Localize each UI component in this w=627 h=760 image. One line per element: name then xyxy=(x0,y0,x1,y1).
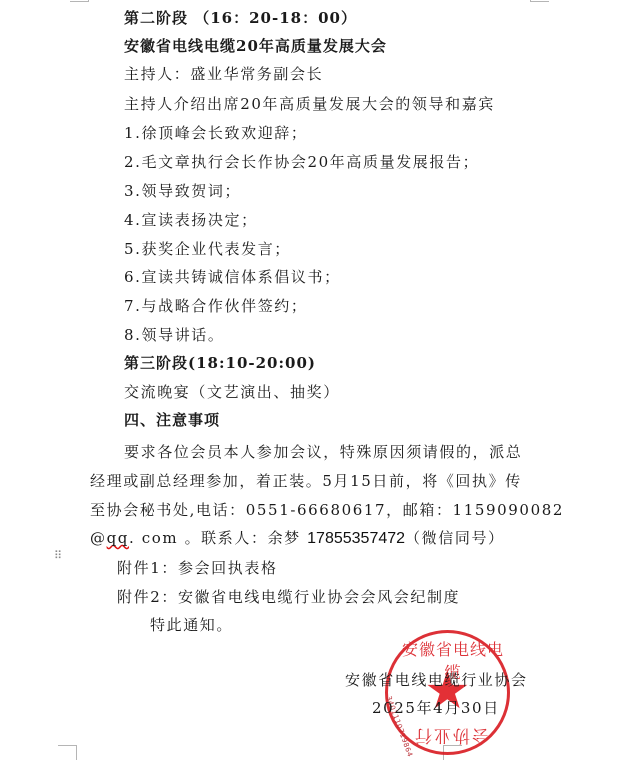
agenda-item: 2.毛文章执行会长作协会20年高质量发展报告； xyxy=(124,152,479,172)
stage3-heading: 第三阶段(18:10-20:00) xyxy=(124,353,316,373)
host-line: 主持人：盛业华常务副会长 xyxy=(124,64,323,84)
notes-line-contact: @qq. com 。联系人：余梦 17855357472（微信同号） xyxy=(90,528,505,549)
stage2-heading: 第二阶段 （16：20-18：00） xyxy=(124,8,357,28)
stage3-content: 交流晚宴（文艺演出、抽奖） xyxy=(124,382,340,402)
official-red-seal: 安徽省电线电缆 ★ 3401110719864 会协业行 xyxy=(385,630,510,755)
email-rest-and-contact: . com 。联系人：余梦 xyxy=(129,529,307,547)
agenda-item: 8.领导讲话。 xyxy=(124,325,225,345)
contact-phone: 17855357472 xyxy=(307,530,405,547)
spellcheck-underlined-word[interactable]: qq xyxy=(107,529,129,547)
agenda-item: 6.宣读共铸诚信体系倡议书； xyxy=(124,267,341,287)
closing-line: 特此通知。 xyxy=(150,615,233,635)
page-corner-mark-bottom-left xyxy=(58,745,77,760)
host-intro-line: 主持人介绍出席20年高质量发展大会的领导和嘉宾 xyxy=(124,94,495,114)
signature-organization: 安徽省电线电缆行业协会 xyxy=(345,670,528,690)
notes-line: 至协会秘书处,电话：0551-66680617，邮箱：1159090082 xyxy=(90,500,564,520)
agenda-item: 5.获奖企业代表发言； xyxy=(124,239,291,259)
agenda-item: 1.徐顶峰会长致欢迎辞； xyxy=(124,123,308,143)
stage2-title: 安徽省电线电缆20年高质量发展大会 xyxy=(124,36,387,56)
notes-heading: 四、注意事项 xyxy=(124,410,220,430)
page-corner-mark-top-right xyxy=(530,0,549,2)
wechat-note: （微信同号） xyxy=(405,529,505,547)
seal-bottom-text: 会协业行 xyxy=(406,725,496,750)
attachment-item: 附件2：安徽省电线电缆行业协会会风会纪制度 xyxy=(117,587,460,607)
paragraph-drag-handle-icon[interactable]: ⠿ xyxy=(54,553,63,559)
attachment-item: 附件1：参会回执表格 xyxy=(117,558,278,578)
email-at: @ xyxy=(90,529,107,547)
signature-date: 2025年4月30日 xyxy=(372,698,500,718)
agenda-item: 3.领导致贺词； xyxy=(124,181,241,201)
notes-line: 经理或副总经理参加，着正装。5月15日前，将《回执》传 xyxy=(90,471,522,491)
agenda-item: 4.宣读表扬决定； xyxy=(124,210,258,230)
page-corner-mark-top-left xyxy=(70,0,89,2)
notes-line: 要求各位会员本人参加会议，特殊原因须请假的，派总 xyxy=(124,442,522,462)
agenda-item: 7.与战略合作伙伴签约； xyxy=(124,296,308,316)
